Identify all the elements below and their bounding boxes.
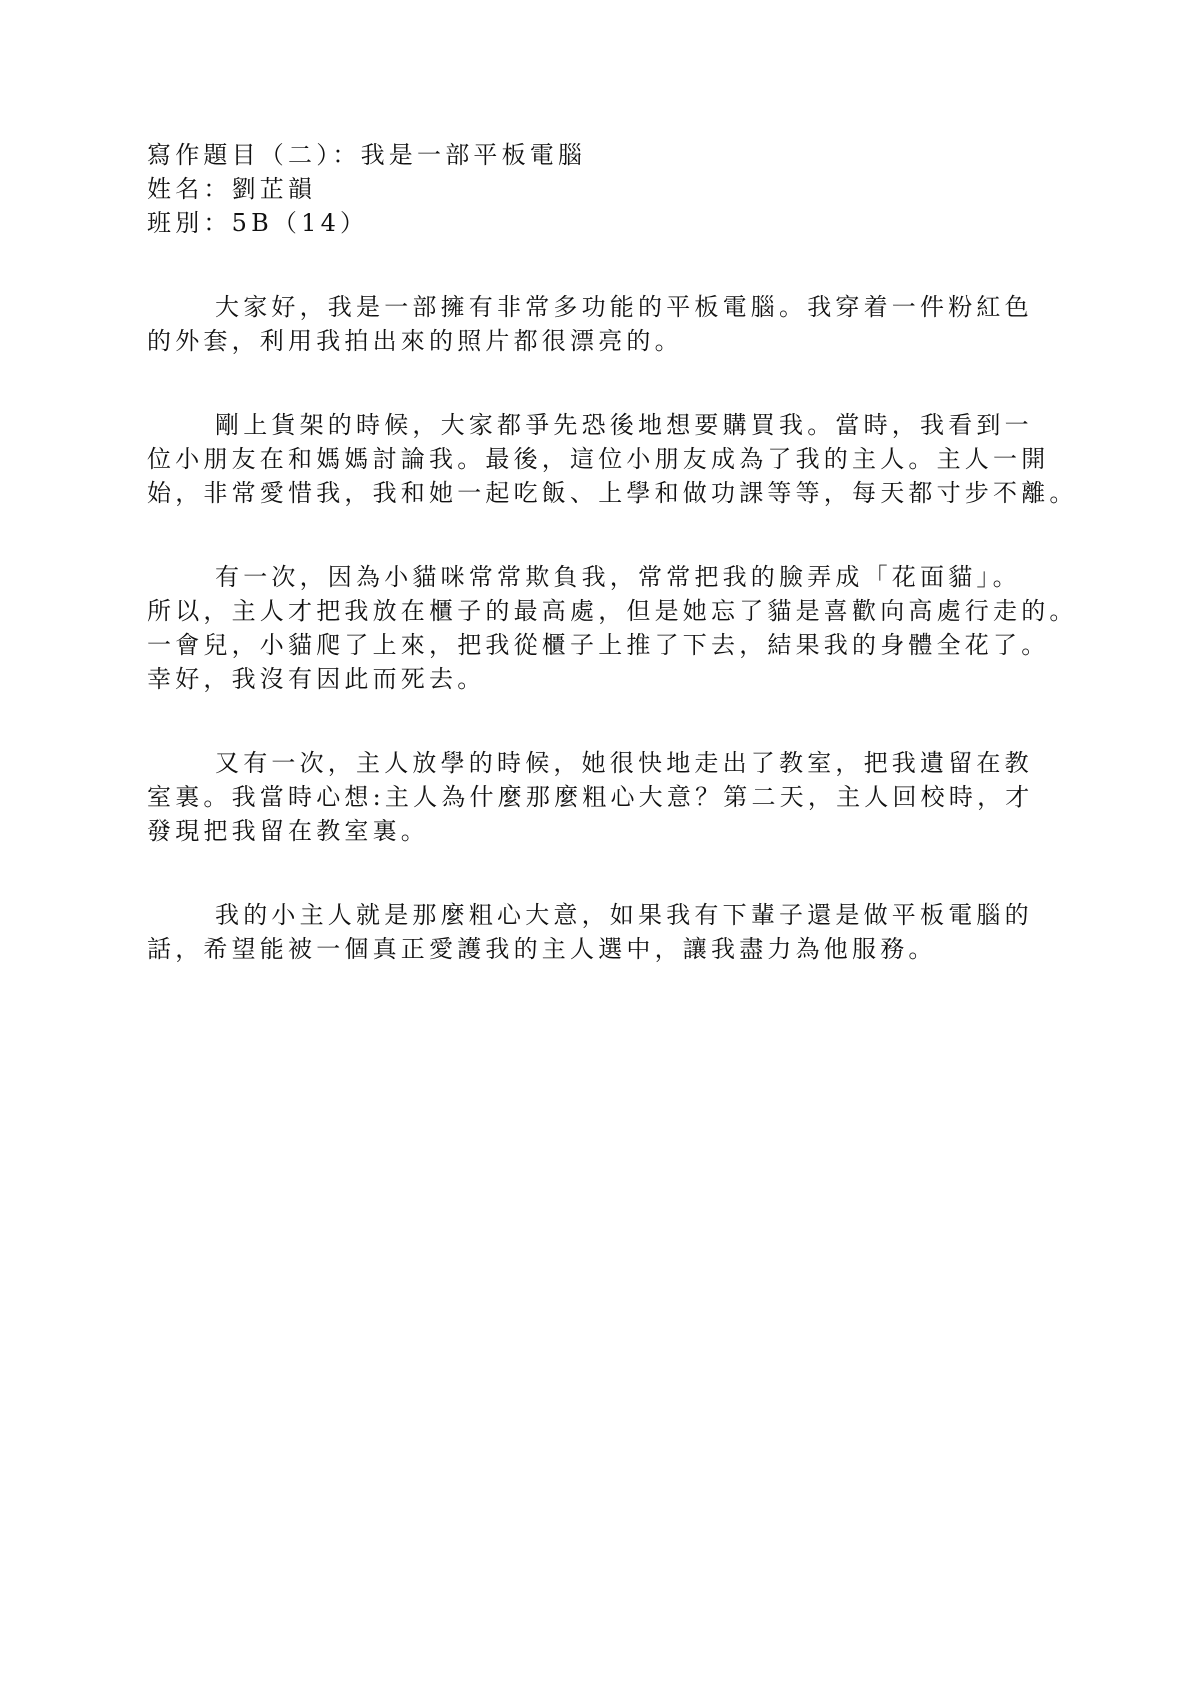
paragraph-line: 剛上貨架的時候，大家都爭先恐後地想要購買我。當時，我看到一	[147, 408, 1097, 442]
essay-title: 寫作題目（二）：我是一部平板電腦	[147, 138, 1097, 172]
paragraph-5: 我的小主人就是那麼粗心大意，如果我有下輩子還是做平板電腦的 話，希望能被一個真正…	[147, 898, 1097, 966]
paragraph-line: 話，希望能被一個真正愛護我的主人選中，讓我盡力為他服務。	[147, 932, 1097, 966]
paragraph-line: 發現把我留在教室裏。	[147, 814, 1097, 848]
student-class: 班別：5B（14）	[147, 206, 1097, 240]
paragraph-line: 有一次，因為小貓咪常常欺負我，常常把我的臉弄成「花面貓」。	[147, 560, 1097, 594]
paragraph-line: 一會兒，小貓爬了上來，把我從櫃子上推了下去，結果我的身體全花了。	[147, 628, 1097, 662]
paragraph-line: 的外套，利用我拍出來的照片都很漂亮的。	[147, 324, 1097, 358]
paragraph-line: 我的小主人就是那麼粗心大意，如果我有下輩子還是做平板電腦的	[147, 898, 1097, 932]
paragraph-1: 大家好，我是一部擁有非常多功能的平板電腦。我穿着一件粉紅色 的外套，利用我拍出來…	[147, 290, 1097, 358]
paragraph-3: 有一次，因為小貓咪常常欺負我，常常把我的臉弄成「花面貓」。 所以，主人才把我放在…	[147, 560, 1097, 696]
spacer	[147, 358, 1097, 408]
paragraph-line: 室裏。我當時心想:主人為什麼那麼粗心大意？第二天，主人回校時，才	[147, 780, 1097, 814]
spacer	[147, 848, 1097, 898]
paragraph-line: 位小朋友在和媽媽討論我。最後，這位小朋友成為了我的主人。主人一開	[147, 442, 1097, 476]
spacer	[147, 696, 1097, 746]
paragraph-2: 剛上貨架的時候，大家都爭先恐後地想要購買我。當時，我看到一 位小朋友在和媽媽討論…	[147, 408, 1097, 510]
spacer	[147, 510, 1097, 560]
paragraph-line: 始，非常愛惜我，我和她一起吃飯、上學和做功課等等，每天都寸步不離。	[147, 476, 1097, 510]
spacer	[147, 240, 1097, 290]
paragraph-4: 又有一次，主人放學的時候，她很快地走出了教室，把我遺留在教 室裏。我當時心想:主…	[147, 746, 1097, 848]
paragraph-line: 幸好，我沒有因此而死去。	[147, 662, 1097, 696]
student-name: 姓名：劉芷韻	[147, 172, 1097, 206]
essay-page: 寫作題目（二）：我是一部平板電腦 姓名：劉芷韻 班別：5B（14） 大家好，我是…	[147, 138, 1097, 966]
paragraph-line: 又有一次，主人放學的時候，她很快地走出了教室，把我遺留在教	[147, 746, 1097, 780]
essay-header: 寫作題目（二）：我是一部平板電腦 姓名：劉芷韻 班別：5B（14）	[147, 138, 1097, 240]
paragraph-line: 所以，主人才把我放在櫃子的最高處，但是她忘了貓是喜歡向高處行走的。	[147, 594, 1097, 628]
paragraph-line: 大家好，我是一部擁有非常多功能的平板電腦。我穿着一件粉紅色	[147, 290, 1097, 324]
